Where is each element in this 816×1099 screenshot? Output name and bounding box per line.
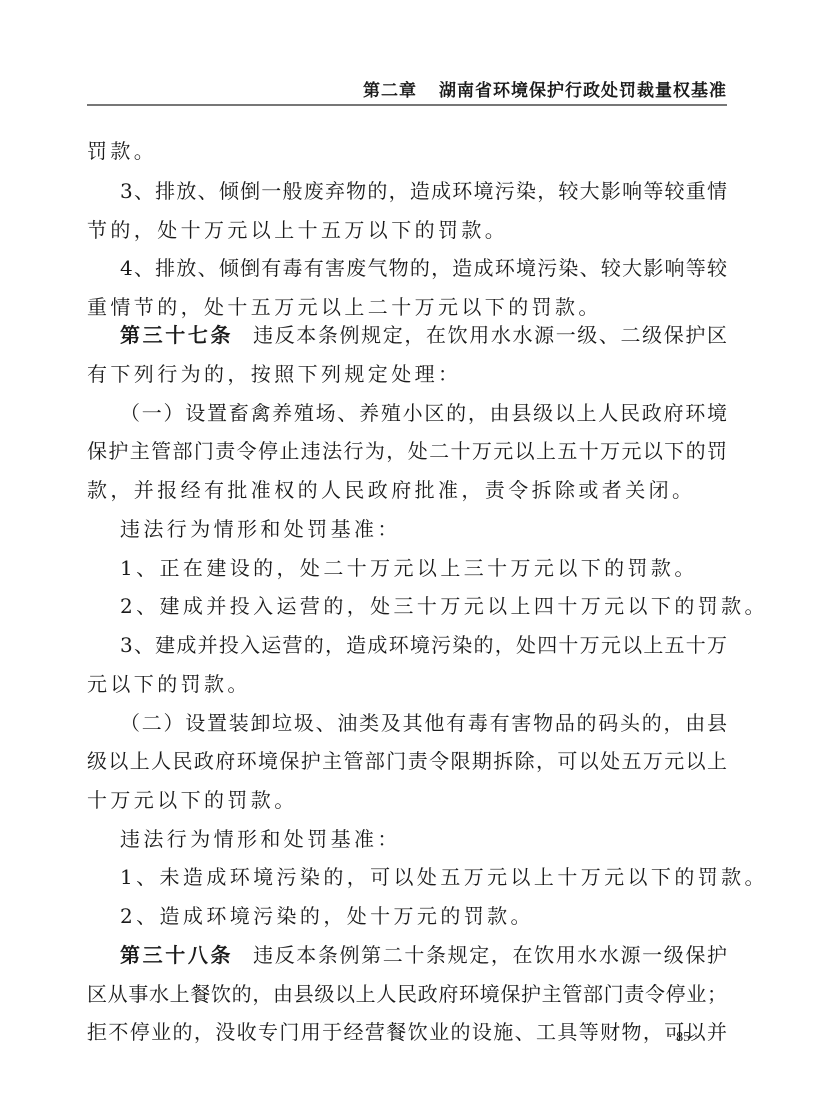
line-text: 违法行为情形和处罚基准： (120, 517, 401, 541)
text-line: 重情节的，处十五万元以上二十万元以下的罚款。 (87, 295, 727, 319)
line-text: 重情节的，处十五万元以上二十万元以下的罚款。 (87, 295, 602, 319)
text-line: （一）设置畜禽养殖场、养殖小区的，由县级以上人民政府环境 (120, 401, 727, 425)
header-rule (87, 104, 727, 106)
text-line: 保护主管部门责令停止违法行为，处二十万元以上五十万元以下的罚 (87, 439, 727, 463)
text-line: 违法行为情形和处罚基准： (120, 827, 727, 851)
running-header: 第二章湖南省环境保护行政处罚裁量权基准 (87, 76, 727, 104)
article-heading-line: 第三十八条违反本条例第二十条规定，在饮用水水源一级保护 (120, 943, 727, 967)
line-text: 4、排放、倾倒有毒有害废气物的，造成环境污染、较大影响等较 (120, 256, 727, 280)
text-line: 节的，处十万元以上十五万以下的罚款。 (87, 218, 727, 242)
article-heading-line: 第三十七条违反本条例规定，在饮用水水源一级、二级保护区 (120, 323, 727, 347)
line-text: 级以上人民政府环境保护主管部门责令限期拆除，可以处五万元以上 (87, 749, 727, 773)
text-line: 区从事水上餐饮的，由县级以上人民政府环境保护主管部门责令停业； (87, 982, 727, 1006)
article-number: 第三十八条 (120, 943, 233, 967)
text-line: 3、建成并投入运营的，造成环境污染的，处四十万元以上五十万 (120, 633, 727, 657)
text-line: 2、造成环境污染的，处十万元的罚款。 (120, 904, 727, 928)
text-line: 2、建成并投入运营的，处三十万元以上四十万元以下的罚款。 (120, 594, 727, 618)
line-text: 2、建成并投入运营的，处三十万元以上四十万元以下的罚款。 (120, 594, 768, 618)
line-text: 违反本条例第二十条规定，在饮用水水源一级保护 (253, 943, 727, 967)
text-line: 级以上人民政府环境保护主管部门责令限期拆除，可以处五万元以上 (87, 749, 727, 773)
line-text: 有下列行为的，按照下列规定处理： (87, 362, 461, 386)
chapter-label: 第二章 (363, 81, 417, 101)
article-number: 第三十七条 (120, 323, 233, 347)
line-text: 违反本条例规定，在饮用水水源一级、二级保护区 (253, 323, 727, 347)
line-text: 拒不停业的，没收专门用于经营餐饮业的设施、工具等财物，可以并 (87, 1020, 727, 1044)
line-text: 十万元以下的罚款。 (87, 788, 298, 812)
text-line: 罚款。 (87, 139, 727, 163)
line-text: 罚款。 (87, 139, 157, 163)
text-line: 4、排放、倾倒有毒有害废气物的，造成环境污染、较大影响等较 (120, 256, 727, 280)
text-line: 有下列行为的，按照下列规定处理： (87, 362, 727, 386)
line-text: 节的，处十万元以上十五万以下的罚款。 (87, 218, 508, 242)
chapter-title: 湖南省环境保护行政处罚裁量权基准 (439, 81, 727, 101)
line-text: 款，并报经有批准权的人民政府批准，责令拆除或者关闭。 (87, 478, 695, 502)
line-text: 保护主管部门责令停止违法行为，处二十万元以上五十万元以下的罚 (87, 439, 727, 463)
line-text: 元以下的罚款。 (87, 672, 251, 696)
line-text: 2、造成环境污染的，处十万元的罚款。 (120, 904, 534, 928)
line-text: 3、建成并投入运营的，造成环境污染的，处四十万元以上五十万 (120, 633, 727, 657)
text-line: 元以下的罚款。 (87, 672, 727, 696)
text-line: 违法行为情形和处罚基准： (120, 517, 727, 541)
line-text: 1、未造成环境污染的，可以处五万元以上十万元以下的罚款。 (120, 865, 768, 889)
line-text: （一）设置畜禽养殖场、养殖小区的，由县级以上人民政府环境 (120, 401, 727, 425)
line-text: 3、排放、倾倒一般废弃物的，造成环境污染，较大影响等较重情 (120, 179, 727, 203)
line-text: （二）设置装卸垃圾、油类及其他有毒有害物品的码头的，由县 (120, 711, 727, 735)
text-line: 款，并报经有批准权的人民政府批准，责令拆除或者关闭。 (87, 478, 727, 502)
text-line: 十万元以下的罚款。 (87, 788, 727, 812)
text-line: 3、排放、倾倒一般废弃物的，造成环境污染，较大影响等较重情 (120, 179, 727, 203)
text-line: （二）设置装卸垃圾、油类及其他有毒有害物品的码头的，由县 (120, 711, 727, 735)
text-line: 拒不停业的，没收专门用于经营餐饮业的设施、工具等财物，可以并 (87, 1020, 727, 1044)
line-text: 区从事水上餐饮的，由县级以上人民政府环境保护主管部门责令停业； (87, 982, 727, 1006)
text-line: 1、正在建设的，处二十万元以上三十万元以下的罚款。 (120, 556, 727, 580)
header-text: 第二章湖南省环境保护行政处罚裁量权基准 (363, 76, 727, 101)
line-text: 违法行为情形和处罚基准： (120, 827, 401, 851)
page-number: · 85 · (668, 1030, 698, 1046)
text-line: 1、未造成环境污染的，可以处五万元以上十万元以下的罚款。 (120, 865, 727, 889)
line-text: 1、正在建设的，处二十万元以上三十万元以下的罚款。 (120, 556, 698, 580)
